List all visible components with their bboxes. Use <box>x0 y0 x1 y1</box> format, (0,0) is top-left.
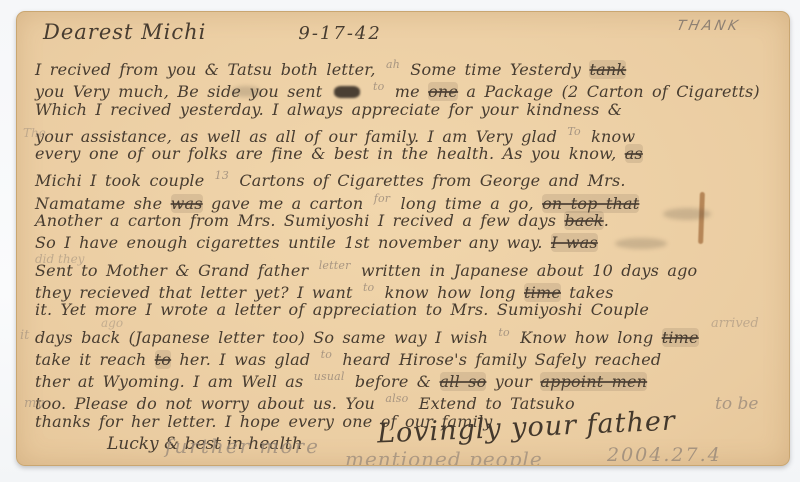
struck-word: I was <box>551 233 598 252</box>
letter-header: Dearest Michi 9-17-42 <box>17 12 789 50</box>
pencil-insertion: to <box>363 281 374 294</box>
pencil-note-arrived: arrived <box>711 316 759 331</box>
letter-line: take it reach to her. I was glad to hear… <box>35 344 783 366</box>
letter-line: days back (Japanese letter too) So same … <box>35 322 783 344</box>
pencil-insertion: also <box>385 392 408 405</box>
letter-line: ther at Wyoming. I am Well as usual befo… <box>35 366 783 388</box>
letter-line: So I have enough cigarettes untile 1st n… <box>35 232 783 254</box>
ink-smudge <box>615 238 667 249</box>
letter-line: they recieved that letter yet? I want to… <box>35 277 783 299</box>
pencil-note-did-they: did they <box>35 252 84 266</box>
pencil-note-to-be: to be <box>715 394 758 414</box>
pencil-note-the: The <box>23 126 46 140</box>
ink-text: it. Yet more I wrote a letter of appreci… <box>35 300 649 319</box>
letter-line: it. Yet more I wrote a letter of appreci… <box>35 299 783 321</box>
ink-blot <box>334 86 360 98</box>
pencil-insertion: letter <box>319 259 351 272</box>
pencil-insertion: ah <box>386 58 400 71</box>
struck-word: time <box>662 328 699 347</box>
salutation: Dearest Michi <box>43 20 206 44</box>
pencil-note-my: my <box>24 396 44 411</box>
ink-text: Another a carton from Mrs. Sumiyoshi I r… <box>35 211 564 230</box>
pencil-note-mentioned-people: mentioned people <box>345 447 543 466</box>
scanned-letter-scene: Dearest Michi 9-17-42 I recived from you… <box>0 0 800 482</box>
ink-smudge <box>663 208 711 220</box>
letter-line: you Very much, Be side you sent to me on… <box>35 76 783 98</box>
letter-line: Sent to Mother & Grand father letter wri… <box>35 255 783 277</box>
pencil-insertion: 13 <box>215 169 229 182</box>
letter-line: your assistance, as well as all of our f… <box>35 121 783 143</box>
pencil-insertion: for <box>374 192 391 205</box>
letter-line: Which I recived yesterday. I always appr… <box>35 99 783 121</box>
pencil-note-it: it <box>20 328 29 343</box>
pencil-note-further-more: further more <box>165 434 320 458</box>
letter-line: every one of our folks are fine & best i… <box>35 143 783 165</box>
accession-number: 2004.27.4 <box>607 444 722 466</box>
pencil-insertion: usual <box>314 370 345 383</box>
ink-smudge <box>231 86 261 97</box>
ink-text: So I have enough cigarettes untile 1st n… <box>35 233 551 252</box>
pencil-insertion: to <box>321 348 332 361</box>
pencil-insertion: to <box>373 80 384 93</box>
letter-line: Namatame she was gave me a carton for lo… <box>35 188 783 210</box>
postcard: Dearest Michi 9-17-42 I recived from you… <box>16 11 790 466</box>
pencil-insertion: to <box>498 326 509 339</box>
letter-date: 9-17-42 <box>298 23 381 44</box>
pencil-insertion: To <box>567 125 581 138</box>
letter-line: Michi I took couple 13 Cartons of Cigare… <box>35 165 783 187</box>
letter-line: I recived from you & Tatsu both letter, … <box>35 54 783 76</box>
ink-text: Which I recived yesterday. I always appr… <box>35 100 622 119</box>
pencil-note-thank: THANK <box>675 18 742 34</box>
struck-word: back <box>564 211 603 230</box>
letter-body: I recived from you & Tatsu both letter, … <box>17 50 789 433</box>
pencil-note-ago: ago <box>101 316 123 330</box>
struck-word: as <box>625 144 643 163</box>
ink-text: every one of our folks are fine & best i… <box>35 144 625 163</box>
ink-text: . <box>604 211 609 230</box>
